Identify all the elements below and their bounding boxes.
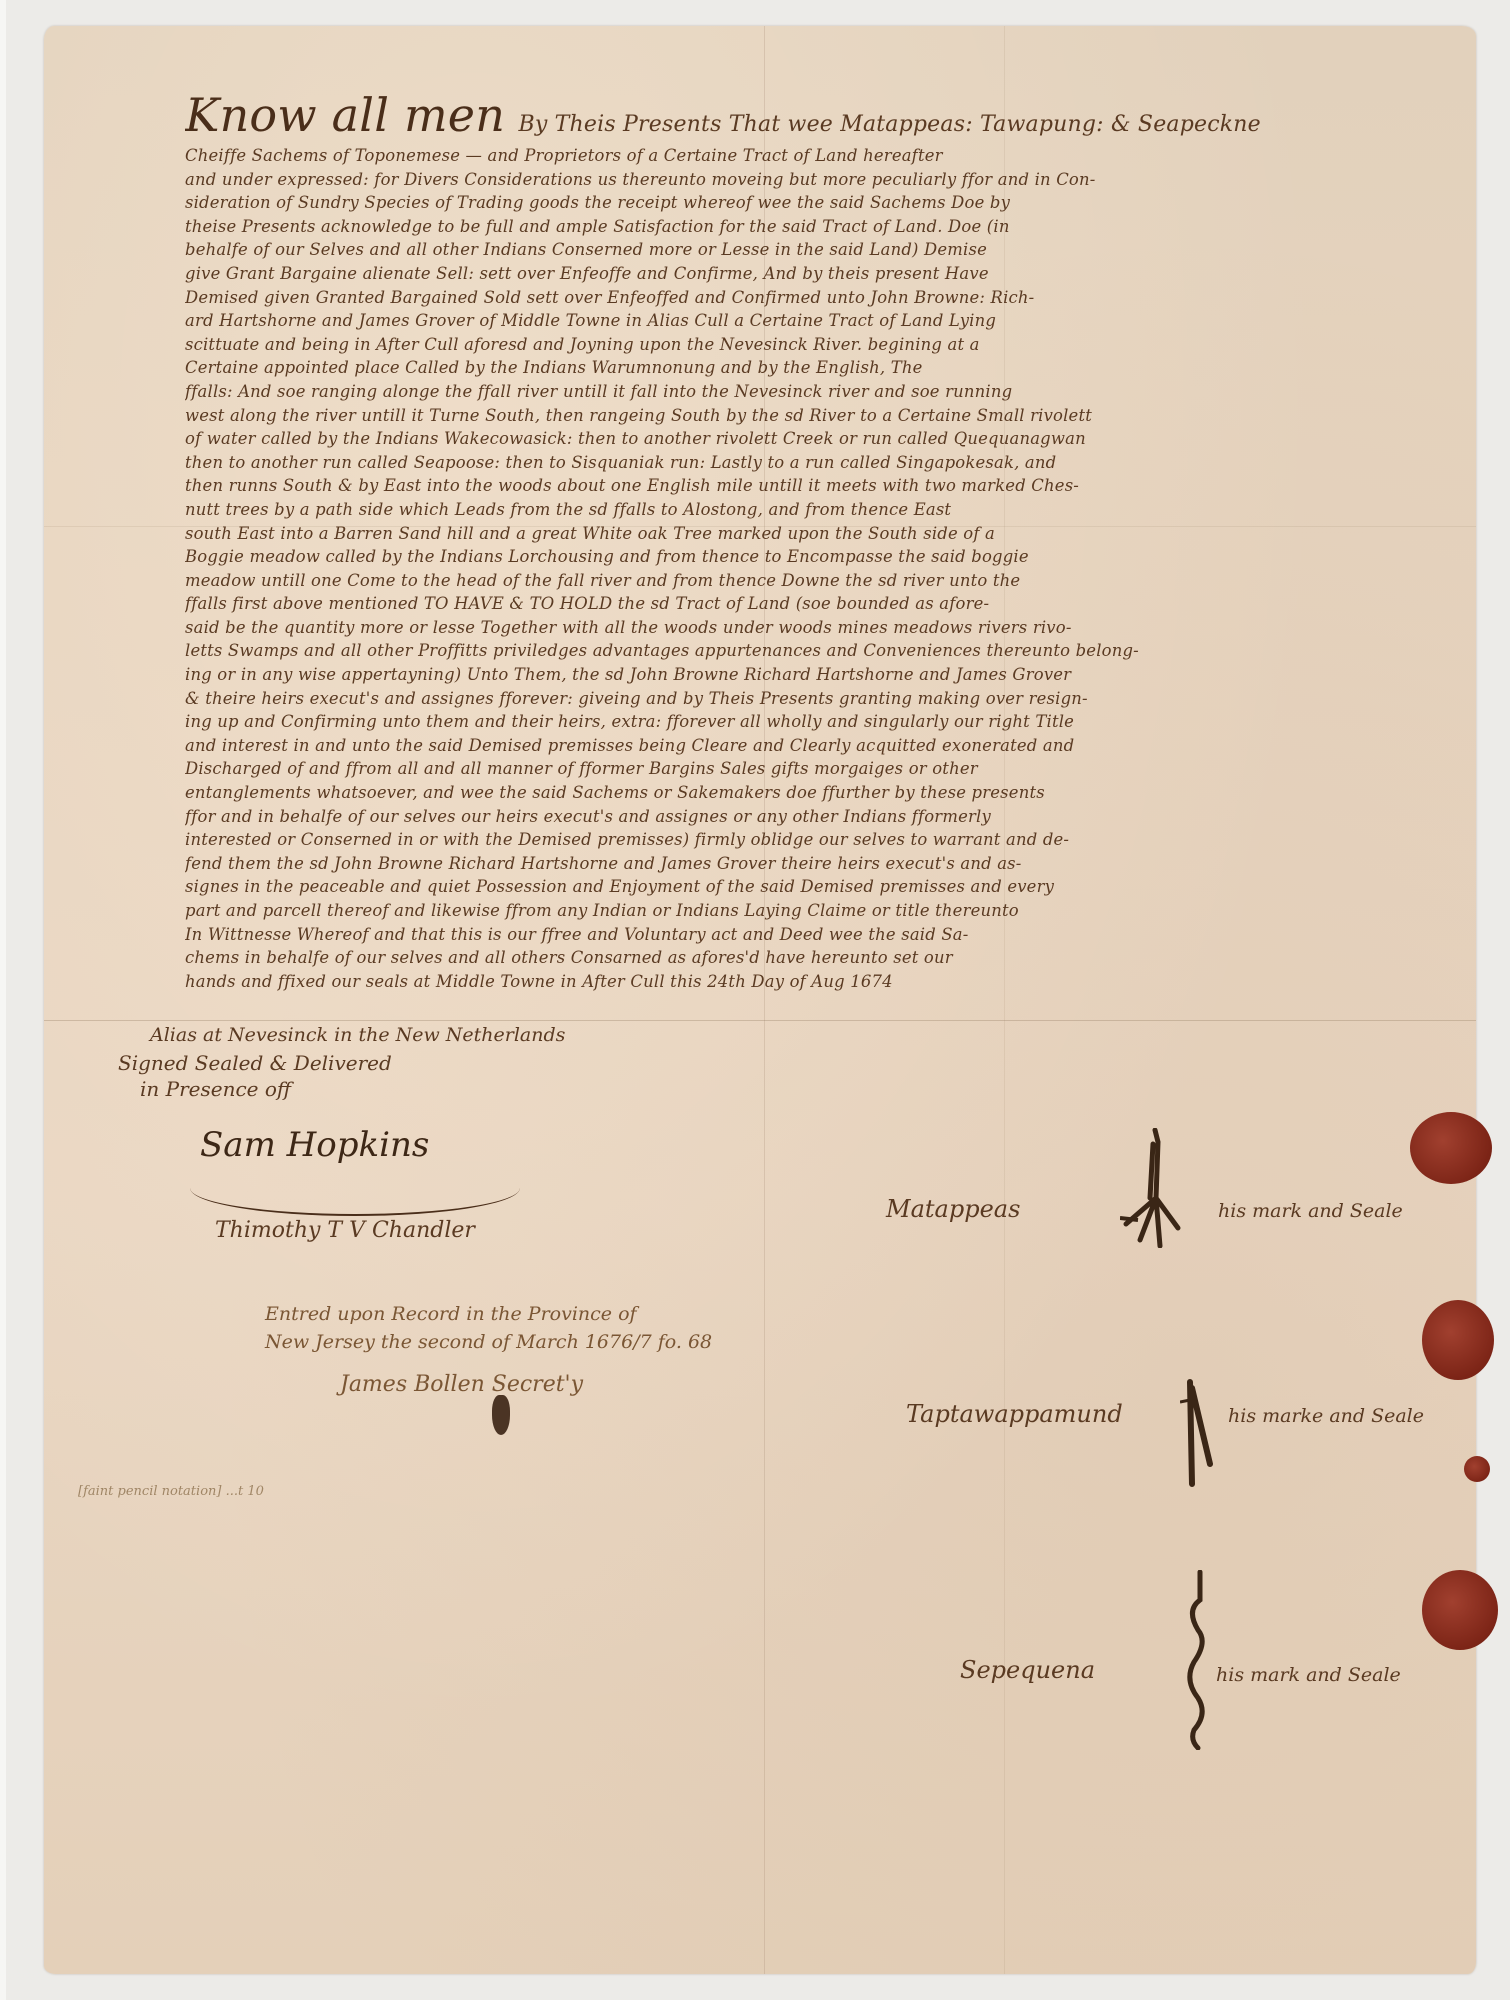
signer-mark-stroke-icon bbox=[1180, 1378, 1220, 1488]
text-line: signes in the peaceable and quiet Posses… bbox=[185, 875, 1475, 899]
text-line: Certaine appointed place Called by the I… bbox=[185, 356, 1475, 380]
text-line: nutt trees by a path side which Leads fr… bbox=[185, 498, 1475, 522]
text-line: give Grant Bargaine alienate Sell: sett … bbox=[185, 262, 1475, 286]
signer-mark-text: his mark and Seale bbox=[1216, 1664, 1401, 1686]
text-line: theise Presents acknowledge to be full a… bbox=[185, 215, 1475, 239]
ink-blot bbox=[492, 1395, 510, 1435]
witness-heading-line1: Signed Sealed & Delivered bbox=[118, 1050, 392, 1076]
fold-line-horizontal bbox=[44, 1020, 1476, 1021]
text-line: south East into a Barren Sand hill and a… bbox=[185, 522, 1475, 546]
witness-signature-hopkins: Sam Hopkins bbox=[200, 1125, 429, 1165]
text-line: west along the river untill it Turne Sou… bbox=[185, 404, 1475, 428]
text-line: In Wittnesse Whereof and that this is ou… bbox=[185, 923, 1475, 947]
text-line: behalfe of our Selves and all other Indi… bbox=[185, 238, 1475, 262]
text-line: Cheiffe Sachems of Toponemese — and Prop… bbox=[185, 144, 1475, 168]
opening-rest: By Theis Presents That wee Matappeas: Ta… bbox=[518, 112, 1260, 137]
text-line: then runns South & by East into the wood… bbox=[185, 474, 1475, 498]
witness-heading-line2: in Presence off bbox=[118, 1076, 392, 1102]
opening-words: Know all men bbox=[185, 86, 505, 144]
text-line: then to another run called Seapoose: the… bbox=[185, 451, 1475, 475]
signer-mark-text: his marke and Seale bbox=[1228, 1405, 1424, 1427]
signer-name-sepequena: Sepequena bbox=[960, 1656, 1095, 1684]
witness-heading: Signed Sealed & Delivered in Presence of… bbox=[118, 1050, 392, 1102]
wax-seal-small bbox=[1464, 1456, 1490, 1482]
witness-signature-chandler: Thimothy T V Chandler bbox=[215, 1218, 475, 1243]
text-line: Demised given Granted Bargained Sold set… bbox=[185, 286, 1475, 310]
text-line: ard Hartshorne and James Grover of Middl… bbox=[185, 309, 1475, 333]
text-line: & theire heirs execut's and assignes ffo… bbox=[185, 687, 1475, 711]
text-line: ffalls: And soe ranging alonge the ffall… bbox=[185, 380, 1475, 404]
signer-mark-arrow-icon bbox=[1120, 1128, 1190, 1248]
signer-mark-wavy-icon bbox=[1178, 1570, 1218, 1750]
opening-line: Know all men By Theis Presents That wee … bbox=[185, 86, 1475, 144]
text-line: interested or Conserned in or with the D… bbox=[185, 828, 1475, 852]
archive-pencil-note: [faint pencil notation] ...t 10 bbox=[78, 1484, 264, 1499]
text-line: ffor and in behalfe of our selves our he… bbox=[185, 805, 1475, 829]
text-line: sideration of Sundry Species of Trading … bbox=[185, 191, 1475, 215]
secretary-signature: James Bollen Secret'y bbox=[340, 1372, 583, 1397]
signer-name-taptawappamund: Taptawappamund bbox=[906, 1400, 1123, 1428]
text-line: ing or in any wise appertayning) Unto Th… bbox=[185, 663, 1475, 687]
text-line: ffalls first above mentioned TO HAVE & T… bbox=[185, 592, 1475, 616]
text-line: entanglements whatsoever, and wee the sa… bbox=[185, 781, 1475, 805]
text-line: Discharged of and ffrom all and all mann… bbox=[185, 757, 1475, 781]
recording-note-line2: New Jersey the second of March 1676/7 fo… bbox=[265, 1328, 712, 1356]
text-line: and interest in and unto the said Demise… bbox=[185, 734, 1475, 758]
wax-seal bbox=[1422, 1300, 1494, 1380]
signer-name-matappeas: Matappeas bbox=[886, 1195, 1020, 1223]
text-line: fend them the sd John Browne Richard Har… bbox=[185, 852, 1475, 876]
text-line: letts Swamps and all other Proffitts pri… bbox=[185, 639, 1475, 663]
text-line: ing up and Confirming unto them and thei… bbox=[185, 710, 1475, 734]
text-line: chems in behalfe of our selves and all o… bbox=[185, 946, 1475, 970]
date-line: hands and ffixed our seals at Middle Tow… bbox=[185, 970, 1475, 994]
text-line: meadow untill one Come to the head of th… bbox=[185, 569, 1475, 593]
text-line: scittuate and being in After Cull afores… bbox=[185, 333, 1475, 357]
text-line: part and parcell thereof and likewise ff… bbox=[185, 899, 1475, 923]
wax-seal bbox=[1410, 1112, 1492, 1184]
text-line: Boggie meadow called by the Indians Lorc… bbox=[185, 545, 1475, 569]
recording-note: Entred upon Record in the Province of Ne… bbox=[265, 1300, 712, 1356]
alias-line: Alias at Nevesinck in the New Netherland… bbox=[150, 1024, 565, 1046]
signature-flourish bbox=[190, 1160, 520, 1216]
text-line: and under expressed: for Divers Consider… bbox=[185, 168, 1475, 192]
wax-seal bbox=[1422, 1570, 1498, 1650]
text-line: said be the quantity more or lesse Toget… bbox=[185, 616, 1475, 640]
text-line: of water called by the Indians Wakecowas… bbox=[185, 427, 1475, 451]
deed-body: Know all men By Theis Presents That wee … bbox=[185, 86, 1475, 993]
signer-mark-text: his mark and Seale bbox=[1218, 1200, 1403, 1222]
recording-note-line1: Entred upon Record in the Province of bbox=[265, 1300, 712, 1328]
mat-border bbox=[0, 0, 6, 2000]
